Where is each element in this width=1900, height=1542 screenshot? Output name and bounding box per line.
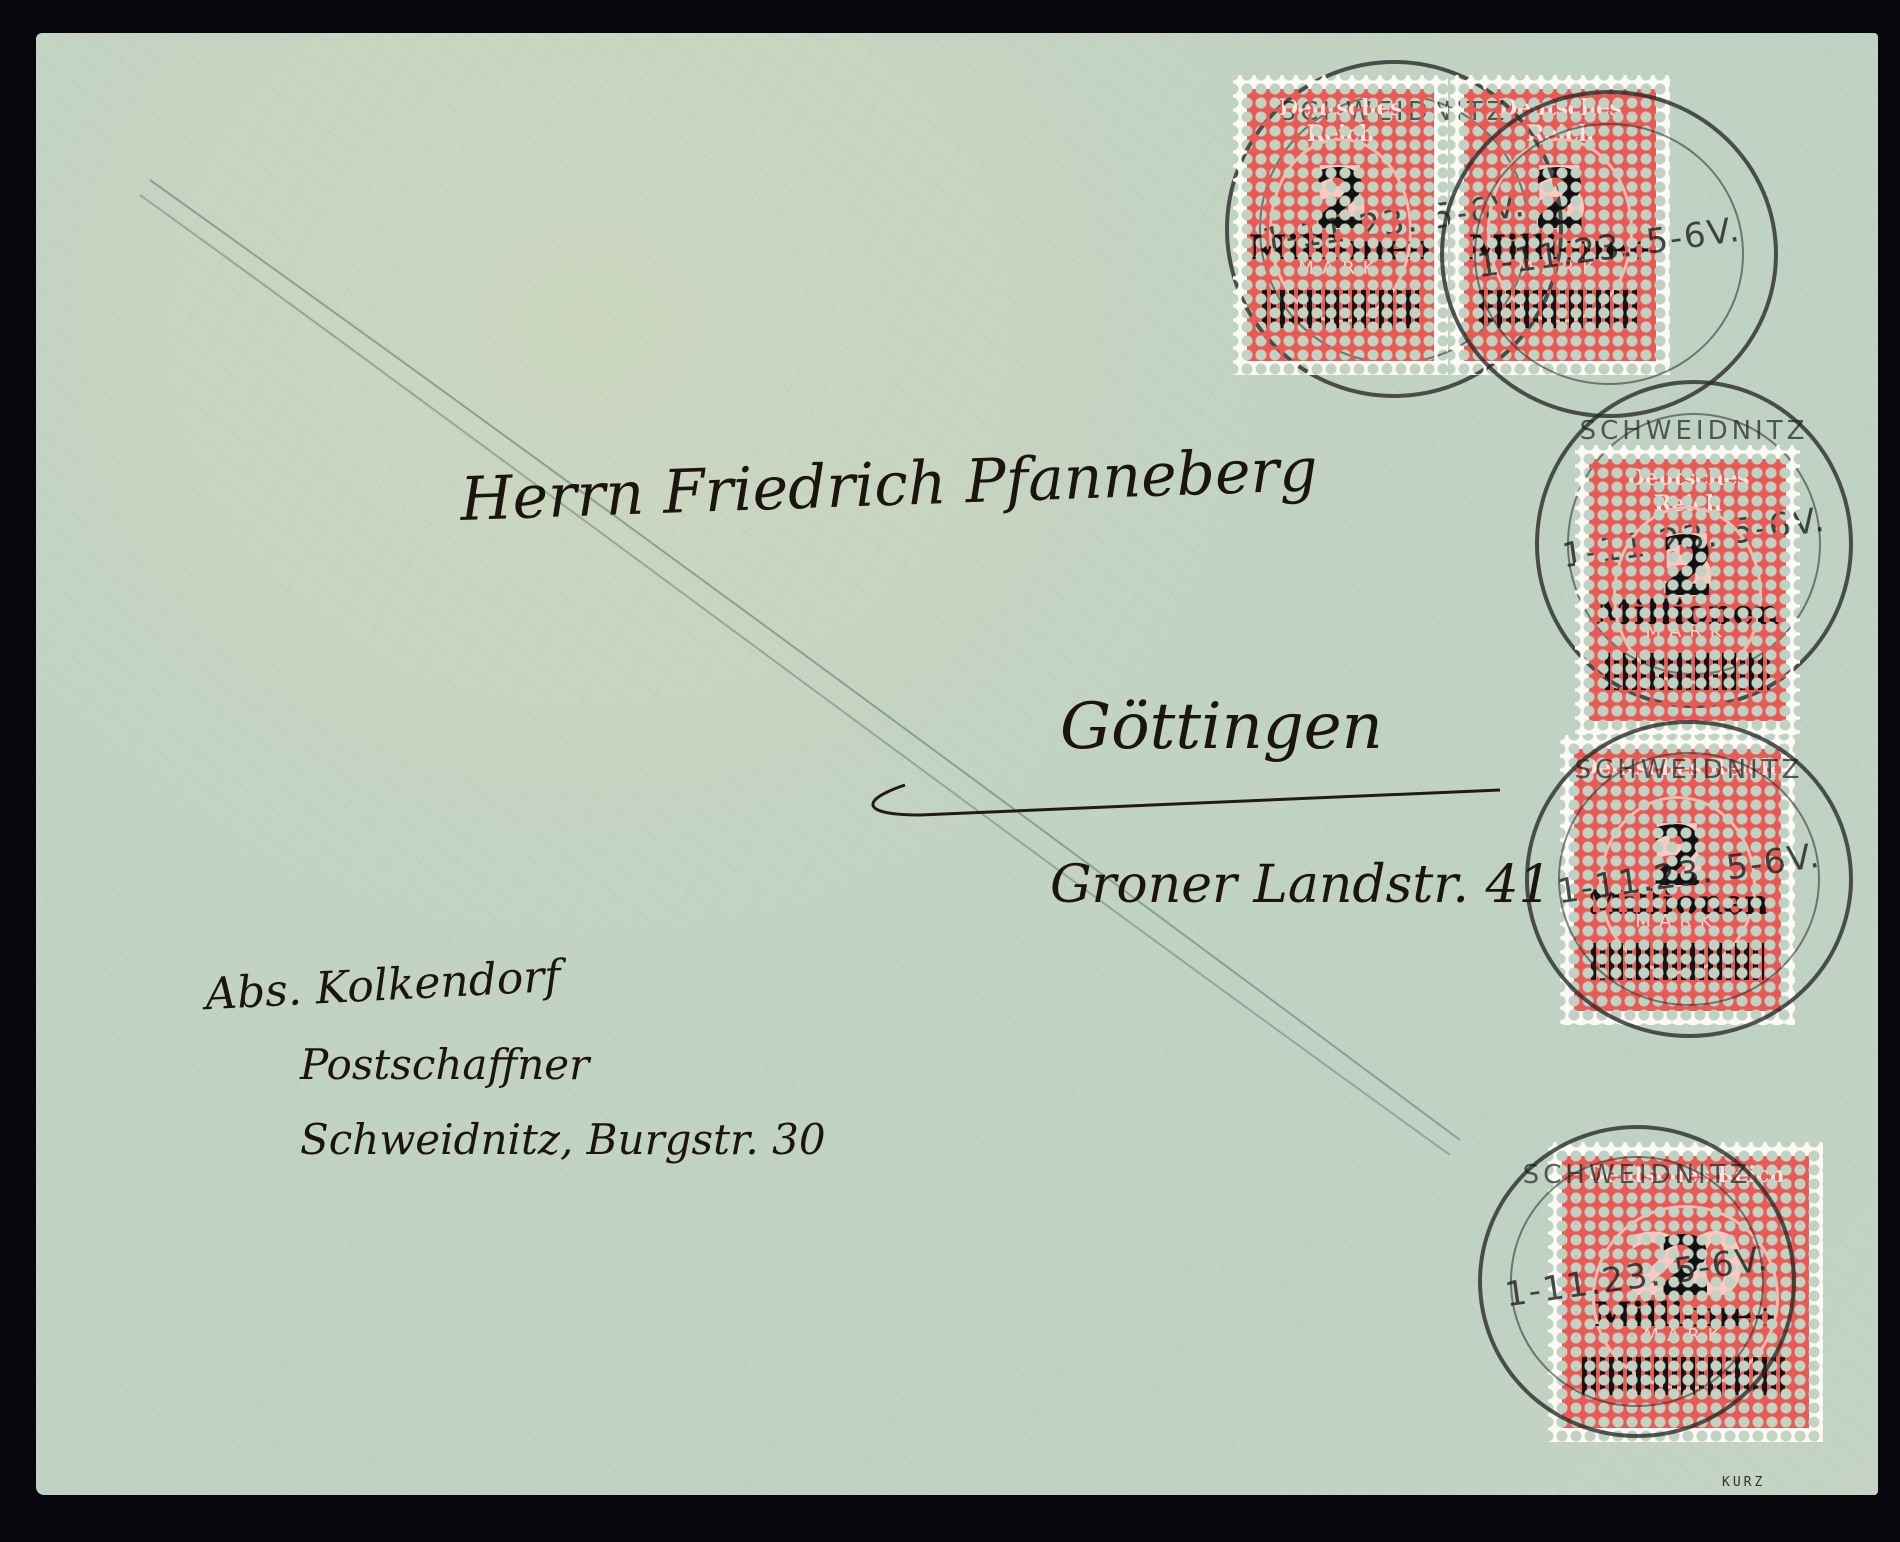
- postmark: SCHWEIDNITZ 1-11.23. 5-6V.: [1525, 720, 1853, 1038]
- sender-occupation: Postschaffner: [300, 1040, 589, 1089]
- sender-address: Schweidnitz, Burgstr. 30: [300, 1115, 826, 1164]
- recipient-street: Groner Landstr. 41: [1050, 855, 1552, 915]
- recipient-city: Göttingen: [1060, 690, 1383, 764]
- printer-mark: KURZ: [1722, 1475, 1765, 1490]
- postmark: SCHWEIDNITZ 1-11.23. 5-6V.: [1478, 1125, 1796, 1438]
- postmark: 1-11.23. 5-6V.: [1440, 90, 1778, 418]
- stamp: Deutsches Reich 5 MARK 2 Millionen: [1233, 75, 1448, 375]
- stamp: Deutsches Reich 5 MARK 2 Millionen: [1575, 445, 1800, 735]
